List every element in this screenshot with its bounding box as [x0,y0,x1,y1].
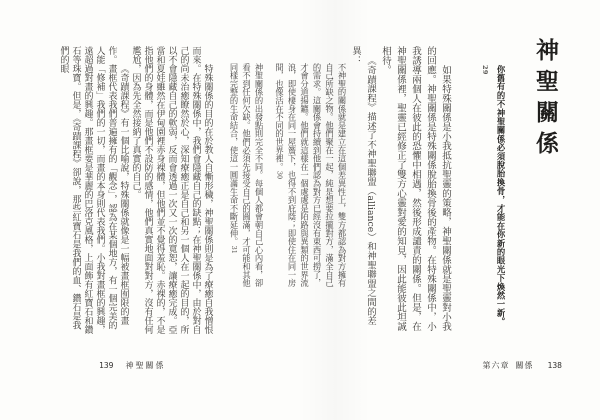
chapter-title: 神聖關係 [529,38,562,178]
body-paragraph: 如果特殊關係是小我抵抗聖靈的策略，神聖關係就是聖靈對小我的回應。神聖關係是特殊關… [378,46,453,338]
footer-running-title: 神聖關係 [125,361,165,370]
page-left-139: 神聖關係的出發點則完全不同。每個人都會朝自己心內看，卻看不到任何欠缺。他們必須先… [35,0,335,420]
block-quote-continued: 神聖關係的出發點則完全不同。每個人都會朝自己心內看，卻看不到任何欠缺。他們必須先… [228,63,266,293]
body-paragraph: 《奇蹟課程》有一個比喻說，特殊關係就像是一幅被畫框囿限的畫作。畫框代表我們普遍擁… [58,46,130,338]
running-footer-left: 139神聖關係 [99,360,165,371]
footer-chapter-label: 第六章 [483,361,510,370]
page-number-139: 139 [99,361,113,370]
footer-section-label: 關係 [516,361,534,370]
page-right-138: 神聖關係 你舊有的不神聖關係必須脫胎換骨，才能在你新的眼光下煥然一新。29 如果… [335,0,600,420]
endnote-ref-31: 31 [230,246,238,254]
body-paragraph: 《奇蹟課程》描述了不神聖聯盟（alliance）和神聖聯盟之間的差異： [348,46,378,338]
endnote-ref-29: 29 [481,65,489,75]
page-number-138: 138 [548,361,562,370]
book-spread-scan: 神聖關係 你舊有的不神聖關係必須脫胎換骨，才能在你新的眼光下煥然一新。29 如果… [0,0,600,420]
running-footer-right: 第六章關係138 [483,360,562,371]
epigraph-text: 你舊有的不神聖關係必須脫胎換骨，才能在你新的眼光下煥然一新。 [496,65,506,326]
chapter-epigraph: 你舊有的不神聖關係必須脫胎換骨，才能在你新的眼光下煥然一新。29 [477,65,509,331]
body-paragraph: 特殊關係的目的在於教人自慚形穢，神聖關係則是為了療癒自我憎恨而來。在特殊關係中，… [130,46,214,338]
left-page-text-block: 神聖關係的出發點則完全不同。每個人都會朝自己心內看，卻看不到任何欠缺。他們必須先… [58,46,266,338]
